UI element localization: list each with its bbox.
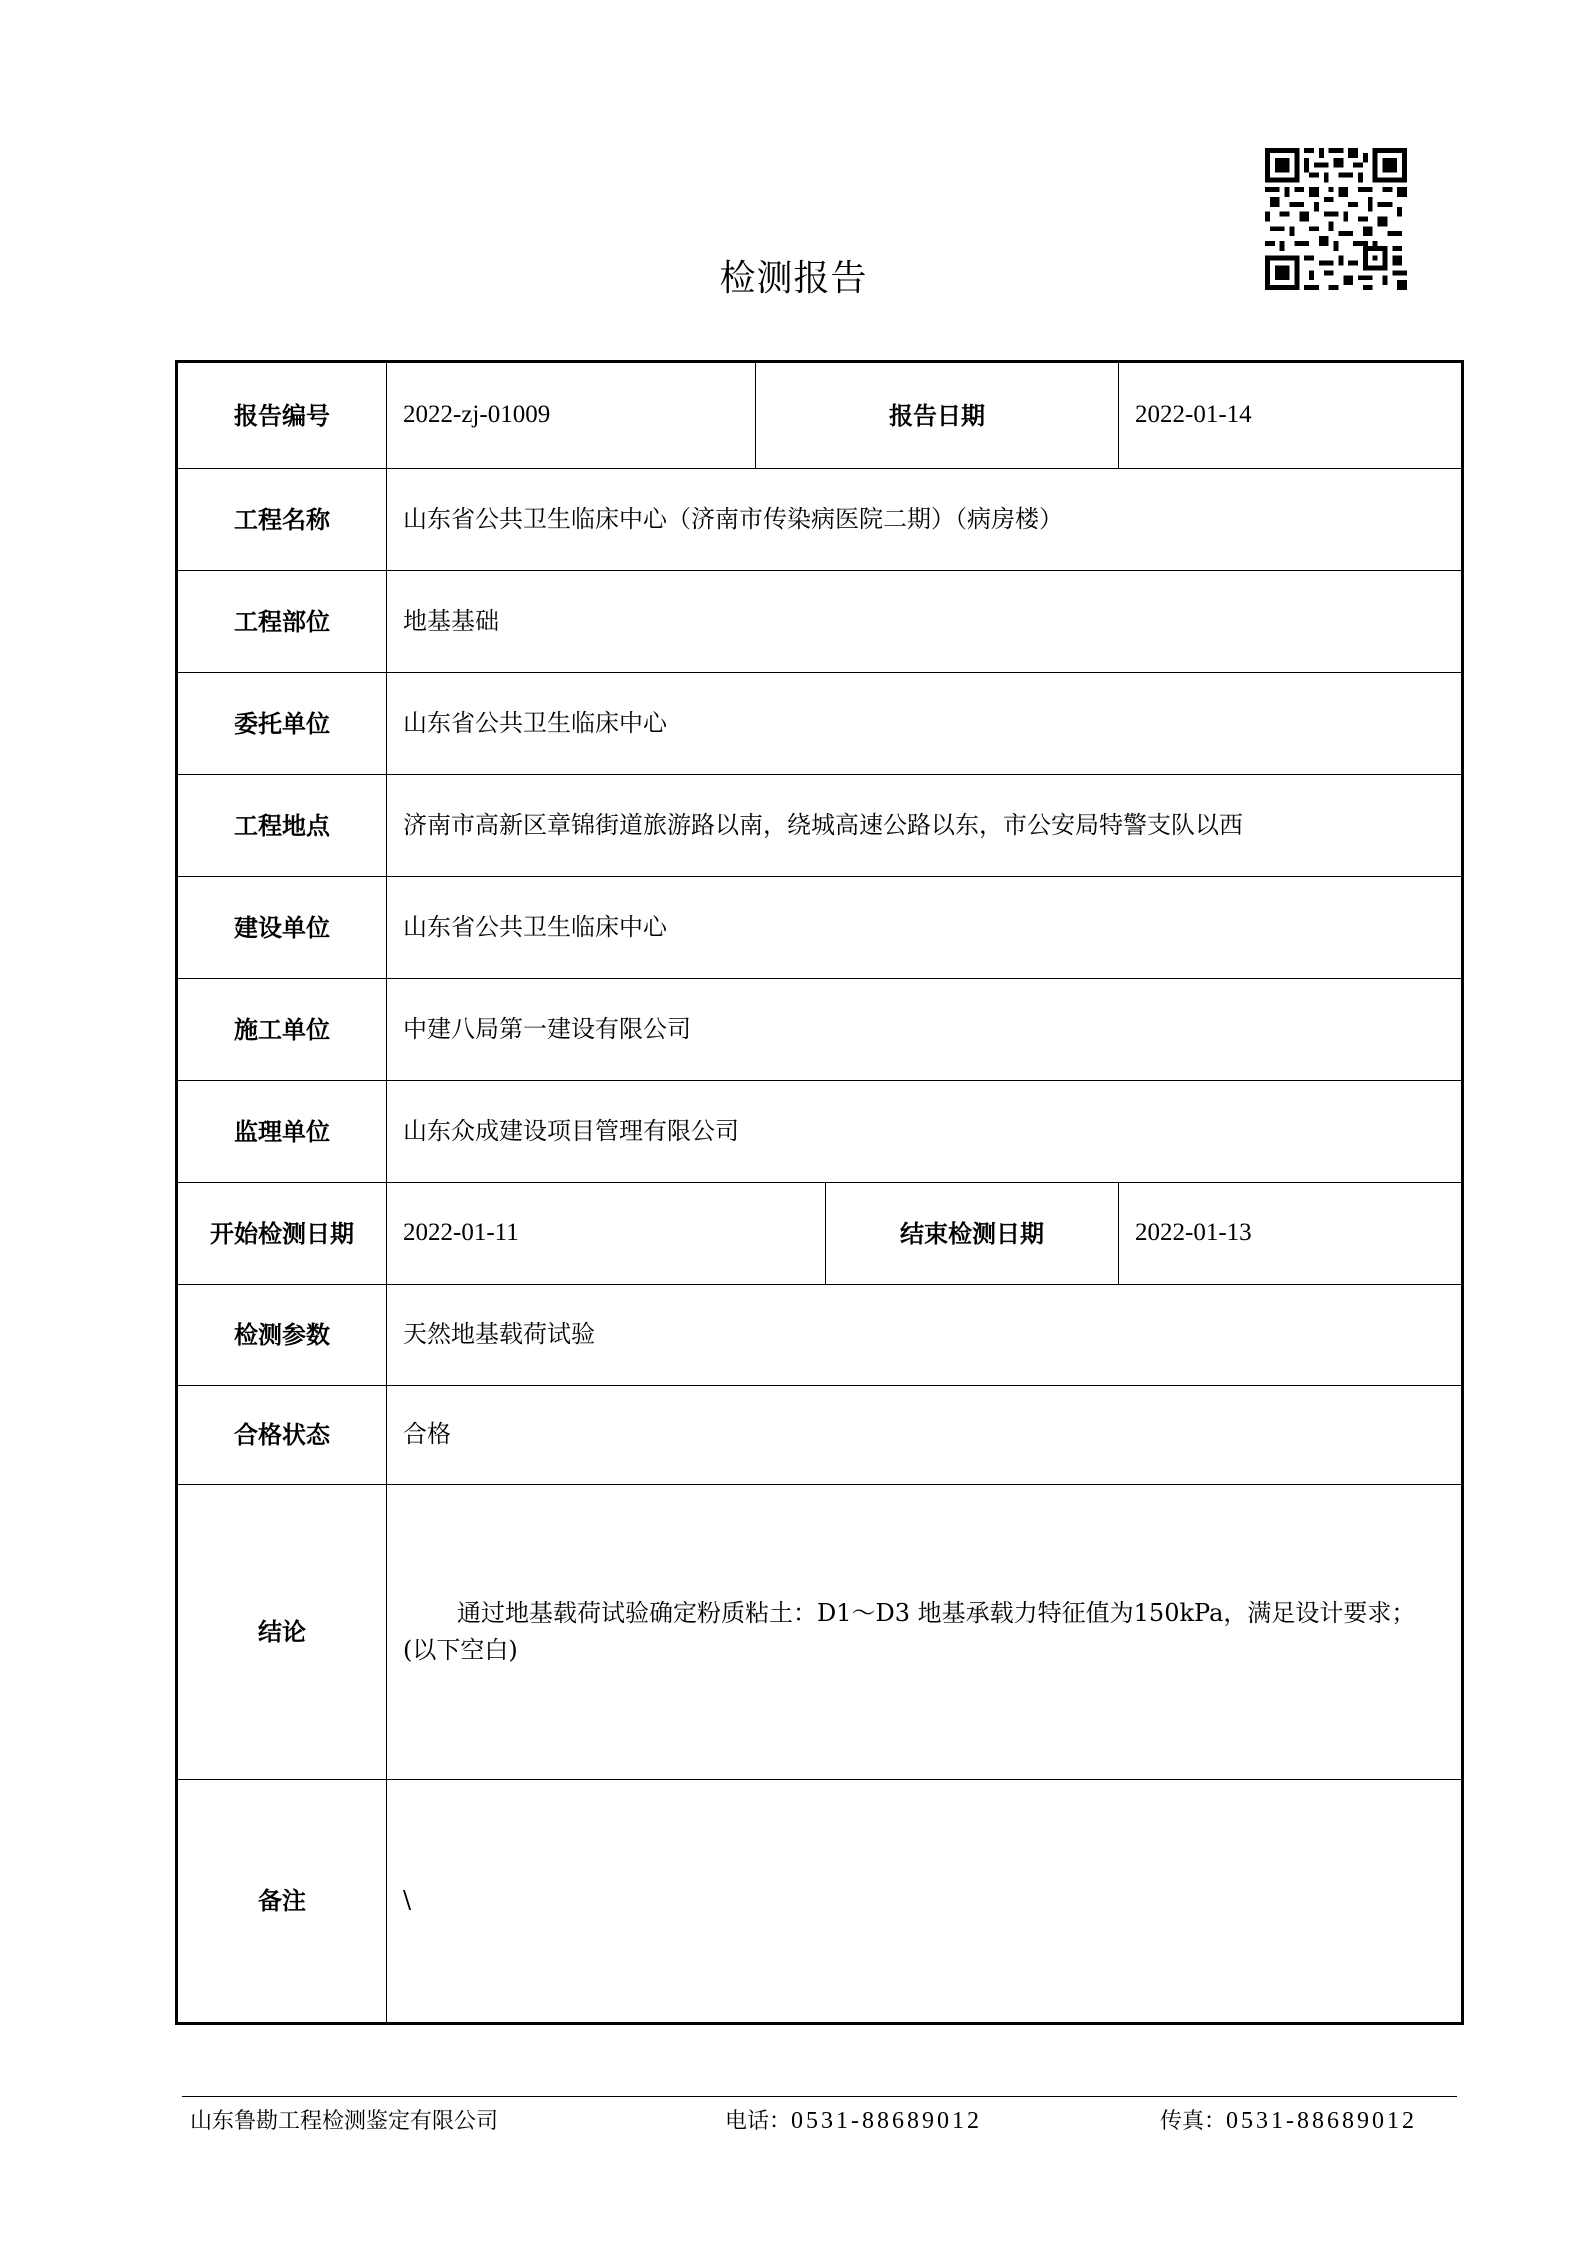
row-label: 监理单位 [178,1081,386,1182]
test-dates-row: 开始检测日期 2022-01-11 结束检测日期 2022-01-13 [178,1182,1461,1284]
table-row: 工程部位 地基基础 [178,570,1461,672]
start-date-label: 开始检测日期 [178,1183,386,1284]
project-name-value: 山东省公共卫生临床中心（济南市传染病医院二期）（病房楼） [386,469,1461,570]
conclusion-label: 结论 [178,1485,386,1779]
row-label: 工程地点 [178,775,386,876]
client-value: 山东省公共卫生临床中心 [386,673,1461,774]
end-date-value: 2022-01-13 [1118,1183,1461,1284]
start-date-value: 2022-01-11 [386,1183,825,1284]
contractor-value: 中建八局第一建设有限公司 [386,979,1461,1080]
remark-label: 备注 [178,1780,386,2022]
footer-fax: 传真：0531-88689012 [1160,2104,1417,2135]
fax-label: 传真： [1160,2109,1226,2134]
report-date-label: 报告日期 [755,363,1118,468]
report-no-label: 报告编号 [178,363,386,468]
status-value: 合格 [386,1386,1461,1484]
row-label: 工程名称 [178,469,386,570]
builder-value: 山东省公共卫生临床中心 [386,877,1461,978]
project-location-value: 济南市高新区章锦街道旅游路以南，绕城高速公路以东，市公安局特警支队以西 [386,775,1461,876]
remark-row: 备注 \ [178,1779,1461,2022]
end-date-label: 结束检测日期 [825,1183,1118,1284]
row-label: 工程部位 [178,571,386,672]
conclusion-row: 结论 通过地基载荷试验确定粉质粘土：D1～D3 地基承载力特征值为150kPa，… [178,1484,1461,1779]
report-no-row: 报告编号 2022-zj-01009 报告日期 2022-01-14 [178,363,1461,468]
test-param-value: 天然地基载荷试验 [386,1285,1461,1385]
page-title: 检测报告 [0,250,1587,301]
phone-label: 电话： [725,2109,791,2134]
test-param-row: 检测参数 天然地基载荷试验 [178,1284,1461,1385]
row-label: 委托单位 [178,673,386,774]
conclusion-text: 通过地基载荷试验确定粉质粘土：D1～D3 地基承载力特征值为150kPa，满足设… [387,1595,1433,1669]
conclusion-line: 通过地基载荷试验确定粉质粘土：D1～D3 地基承载力特征值为150kPa，满足设… [403,1595,1415,1632]
table-row: 施工单位 中建八局第一建设有限公司 [178,978,1461,1080]
conclusion-cell: 通过地基载荷试验确定粉质粘土：D1～D3 地基承载力特征值为150kPa，满足设… [386,1485,1461,1779]
phone-value: 0531-88689012 [791,2108,982,2134]
report-date-value: 2022-01-14 [1118,363,1461,468]
test-param-label: 检测参数 [178,1285,386,1385]
row-label: 施工单位 [178,979,386,1080]
fax-value: 0531-88689012 [1226,2108,1417,2134]
remark-value: \ [386,1780,1461,2022]
table-row: 建设单位 山东省公共卫生临床中心 [178,876,1461,978]
footer-divider [182,2096,1457,2097]
table-row: 工程名称 山东省公共卫生临床中心（济南市传染病医院二期）（病房楼） [178,468,1461,570]
project-part-value: 地基基础 [386,571,1461,672]
supervisor-value: 山东众成建设项目管理有限公司 [386,1081,1461,1182]
report-table: 报告编号 2022-zj-01009 报告日期 2022-01-14 工程名称 … [175,360,1464,2025]
footer-company: 山东鲁勘工程检测鉴定有限公司 [190,2104,498,2135]
status-row: 合格状态 合格 [178,1385,1461,1484]
footer-phone: 电话：0531-88689012 [725,2104,982,2135]
table-row: 工程地点 济南市高新区章锦街道旅游路以南，绕城高速公路以东，市公安局特警支队以西 [178,774,1461,876]
row-label: 建设单位 [178,877,386,978]
status-label: 合格状态 [178,1386,386,1484]
blank-note: (以下空白) [403,1632,1415,1669]
table-row: 监理单位 山东众成建设项目管理有限公司 [178,1080,1461,1182]
report-no-value: 2022-zj-01009 [386,363,755,468]
table-row: 委托单位 山东省公共卫生临床中心 [178,672,1461,774]
